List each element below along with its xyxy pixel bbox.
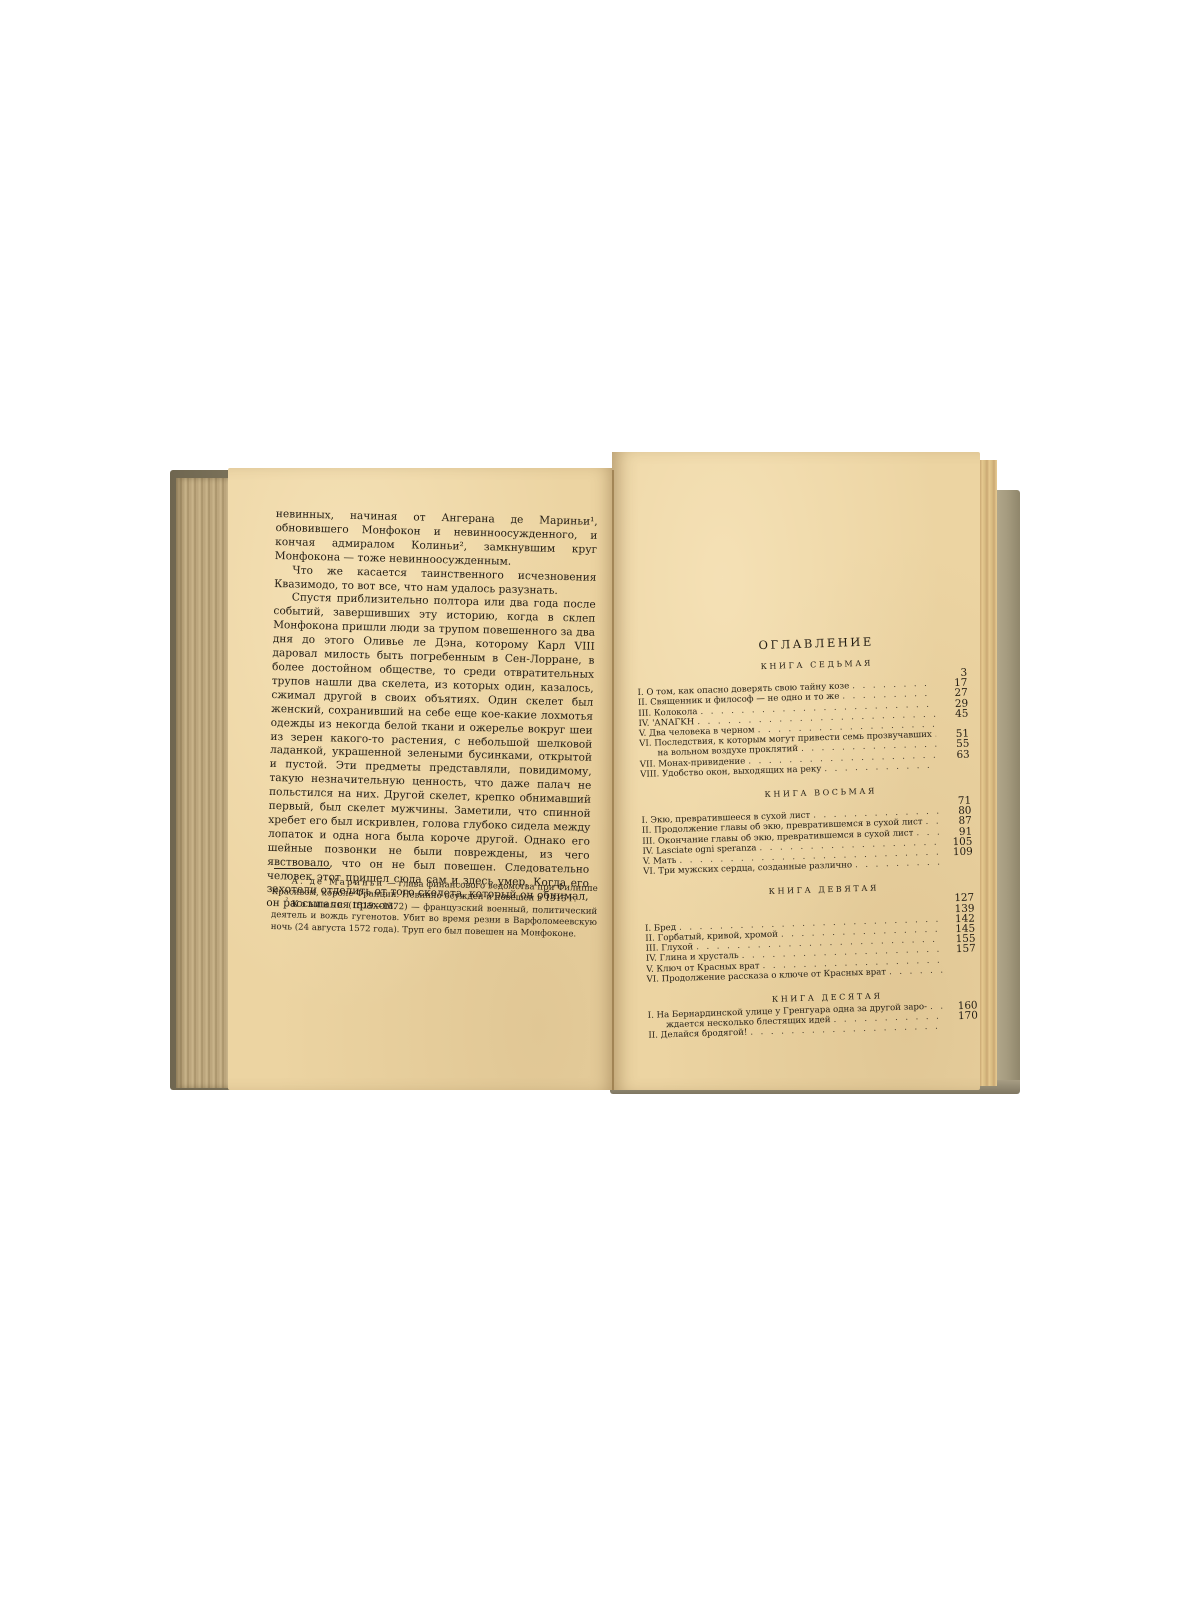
toc-leader-dots: . . . . . . . . . . . . . . . . . . . . …	[916, 827, 939, 838]
toc-entry-page: 45	[938, 708, 968, 719]
toc-entry-page: 109	[943, 847, 973, 858]
footnote-divider	[274, 868, 330, 869]
right-page: ОГЛАВЛЕНИЕ КНИГА СЕДЬМАЯ3I. О том, как о…	[612, 452, 980, 1090]
footnotes: ¹ А. де Мариньи — глава финансового ведо…	[271, 876, 598, 941]
left-page-body: невинных, начиная от Ангерана де Мариньи…	[266, 508, 598, 919]
footnote-2: ² Колиньи (1519—1572) — французский воен…	[271, 899, 598, 941]
toc-leader-dots: . . . . . . . . . . . . . . . . . . . . …	[824, 760, 937, 774]
toc-entry-page: 157	[946, 944, 976, 955]
toc-entry-page	[940, 770, 970, 771]
footnote-mark: ¹	[286, 873, 289, 881]
paragraph: невинных, начиная от Ангерана де Мариньи…	[275, 508, 598, 571]
footnote-mark: ²	[285, 896, 288, 904]
footnote-name: Колиньи	[292, 899, 345, 910]
paragraph: Спустя приблизительно полтора или два го…	[266, 591, 596, 919]
left-page: невинных, начиная от Ангерана де Мариньи…	[228, 468, 616, 1090]
toc-leader-dots: . . . . . . . . . . . . . . . . . . . . …	[930, 1002, 945, 1013]
toc-books: КНИГА СЕДЬМАЯ3I. О том, как опасно довер…	[637, 656, 979, 1042]
footnote-name: А. де Мариньи	[291, 876, 384, 888]
toc-entry-page: 170	[948, 1011, 978, 1022]
page-edges-left	[176, 478, 232, 1088]
toc-leader-dots: . . . . . . . . . . . . . . . . . . . . …	[935, 730, 937, 740]
toc-entry-page: 63	[940, 749, 970, 760]
toc-entry-label: II. Делайся бродягой!	[648, 1028, 747, 1041]
toc-entry-page	[948, 1031, 978, 1032]
toc-book-section: КНИГА ДЕВЯТАЯ127139I. Бред . . . . . . .…	[644, 881, 977, 985]
toc-book-section: КНИГА СЕДЬМАЯ3I. О том, как опасно довер…	[637, 656, 970, 780]
toc-entry-page	[943, 867, 973, 868]
toc-entry-page	[947, 975, 977, 976]
toc-leader-dots: . . . . . . . . . . . . . . . . . . . . …	[889, 965, 944, 977]
toc-book-section: КНИГА ДЕСЯТАЯI. На Бернардинской улице у…	[647, 989, 978, 1042]
toc-title: ОГЛАВЛЕНИЕ	[666, 632, 966, 655]
book-gutter	[612, 470, 614, 1090]
toc-leader-dots: . . . . . . . . . . . . . . . . . . . . …	[855, 858, 940, 871]
toc-leader-dots: . . . . . . . . . . . . . . . . . . . . …	[925, 817, 939, 828]
table-of-contents: ОГЛАВЛЕНИЕ КНИГА СЕДЬМАЯ3I. О том, как о…	[636, 632, 979, 1056]
toc-book-section: КНИГА ВОСЬМАЯ71I. Экю, превратившееся в …	[641, 784, 973, 878]
photo-scene: невинных, начиная от Ангерана де Мариньи…	[0, 0, 1200, 1600]
